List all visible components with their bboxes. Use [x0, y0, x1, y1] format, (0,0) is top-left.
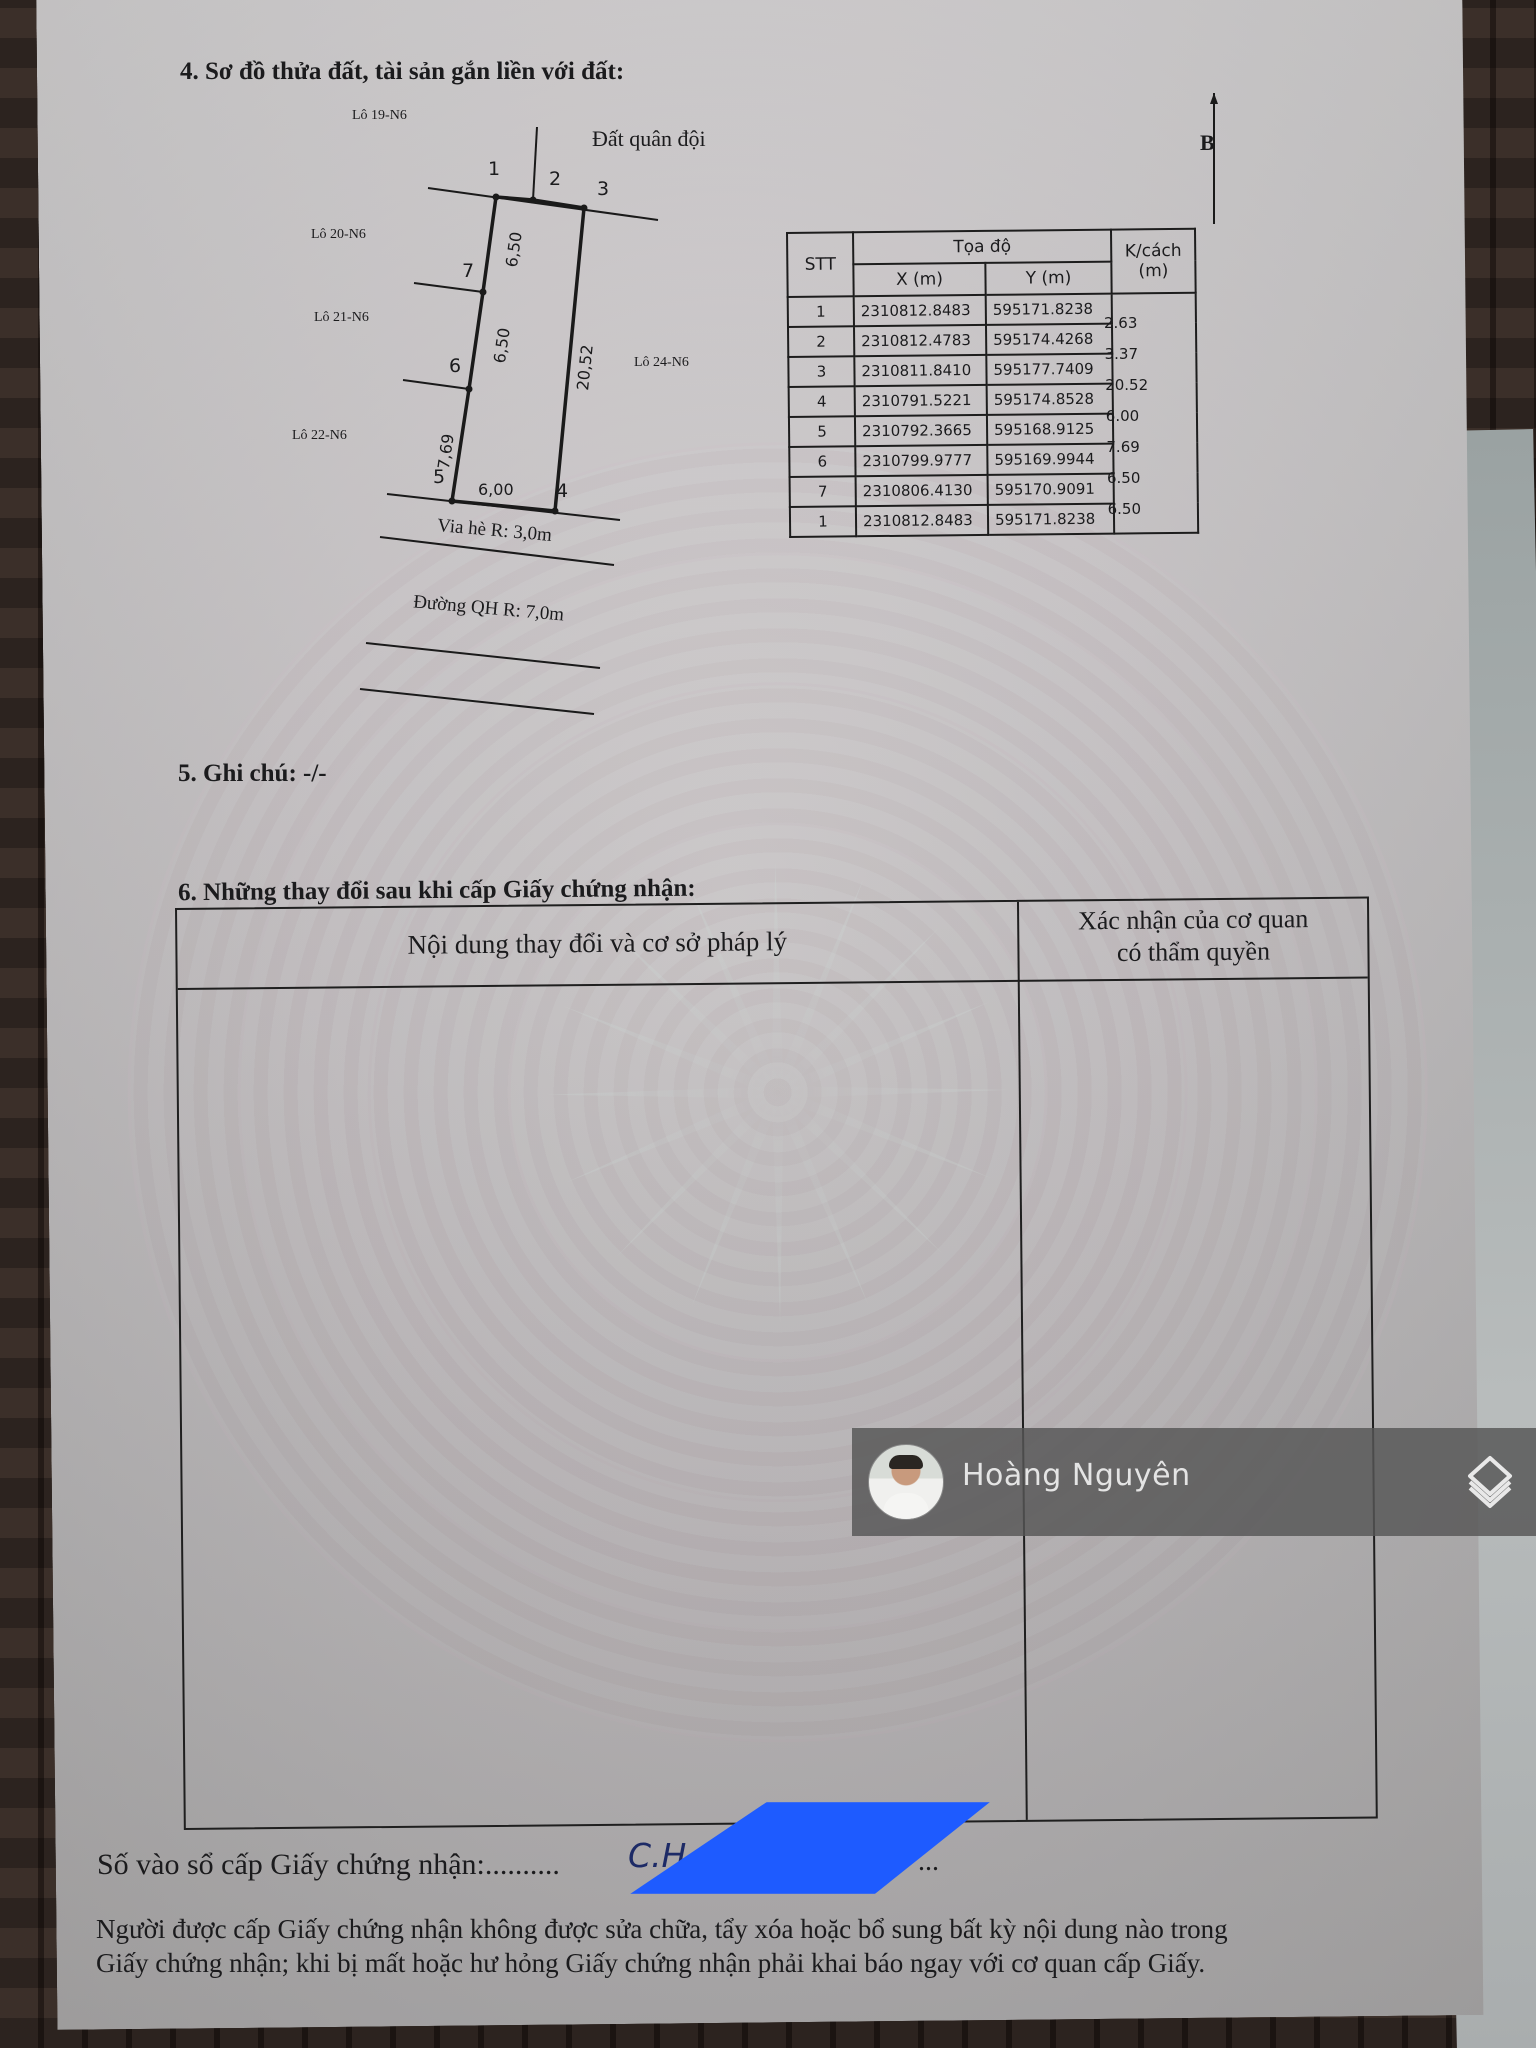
notice-line-1: Người được cấp Giấy chứng nhận không đượ… [96, 1912, 1228, 1946]
distance-value: 2.63 [1104, 314, 1137, 332]
column-header-authority: Xác nhận của cơ quan có thẩm quyền [1019, 903, 1368, 970]
cell-y: 595171.8238 [986, 294, 1112, 325]
point-label-6: 6 [449, 355, 461, 377]
section-6-title: 6. Những thay đổi sau khi cấp Giấy chứng… [178, 875, 696, 908]
point-label-3: 3 [597, 178, 609, 200]
uploader-watermark-bar [852, 1428, 1536, 1536]
cell-stt: 4 [789, 386, 855, 417]
header-distance: K/cách (m) [1111, 229, 1196, 294]
cell-x: 2310806.4130 [856, 475, 988, 506]
user-avatar-icon [868, 1444, 944, 1520]
cell-y: 595174.8528 [987, 384, 1113, 415]
neighbor-lot-21: Lô 21-N6 [314, 310, 369, 326]
cell-y: 595171.8238 [988, 504, 1114, 535]
cell-x: 2310812.8483 [856, 505, 988, 536]
neighbor-military-land: Đất quân đội [592, 126, 706, 152]
notice-text: Người được cấp Giấy chứng nhận không đượ… [96, 1912, 1228, 1980]
point-label-4: 4 [556, 480, 568, 502]
distance-value: 6.00 [1106, 407, 1139, 425]
stacked-diamond-logo-icon [1460, 1452, 1520, 1512]
cell-y: 595174.4268 [986, 324, 1112, 355]
cell-stt: 1 [788, 296, 854, 327]
neighbor-lot-22: Lô 22-N6 [292, 428, 347, 444]
distance-value: 7.69 [1106, 438, 1139, 456]
point-label-1: 1 [488, 158, 500, 180]
cell-y: 595168.9125 [987, 414, 1113, 445]
registry-number-label: Số vào sổ cấp Giấy chứng nhận:.......... [97, 1848, 560, 1882]
cell-x: 2310791.5221 [855, 385, 987, 416]
cell-x: 2310812.8483 [854, 295, 986, 326]
land-plot-diagram [0, 0, 1536, 800]
header-coordinates: Tọa độ [853, 230, 1111, 265]
column-divider [1017, 902, 1028, 1820]
cell-x: 2310812.4783 [854, 325, 986, 356]
uploader-name: Hoàng Nguyên [962, 1458, 1191, 1493]
header-x: X (m) [853, 263, 985, 296]
cell-x: 2310792.3665 [855, 415, 987, 446]
section-5-note: 5. Ghi chú: -/- [178, 760, 327, 788]
cell-x: 2310799.9777 [855, 445, 987, 476]
distance-value: 6.50 [1108, 500, 1141, 518]
cell-y: 595170.9091 [988, 474, 1114, 505]
point-label-5: 5 [433, 466, 445, 488]
point-label-7: 7 [462, 260, 474, 282]
cell-stt: 2 [788, 326, 854, 357]
edge-length-5-4: 6,00 [478, 480, 514, 499]
cell-y: 595169.9944 [987, 444, 1113, 475]
neighbor-lot-19: Lô 19-N6 [352, 108, 407, 124]
north-label: B [1200, 130, 1215, 156]
cell-stt: 6 [789, 446, 855, 477]
distance-value: 3.37 [1105, 345, 1138, 363]
point-label-2: 2 [549, 168, 561, 190]
cell-y: 595177.7409 [986, 354, 1112, 385]
cell-stt: 5 [789, 416, 855, 447]
notice-line-2: Giấy chứng nhận; khi bị mất hoặc hư hỏng… [96, 1946, 1228, 1980]
north-arrow-icon [1202, 100, 1226, 124]
cell-stt: 3 [788, 356, 854, 387]
neighbor-lot-24: Lô 24-N6 [634, 355, 689, 371]
registry-trailing-dots: ... [918, 1846, 939, 1878]
changes-table: Nội dung thay đổi và cơ sở pháp lý Xác n… [175, 897, 1378, 1830]
neighbor-lot-20: Lô 20-N6 [311, 227, 366, 243]
cell-x: 2310811.8410 [854, 355, 986, 386]
cell-stt: 7 [790, 476, 856, 507]
distance-value: 6.50 [1107, 469, 1140, 487]
header-stt: STT [787, 232, 854, 297]
header-y: Y (m) [985, 262, 1111, 295]
distance-value: 20.52 [1105, 376, 1148, 394]
cell-stt: 1 [790, 506, 856, 537]
